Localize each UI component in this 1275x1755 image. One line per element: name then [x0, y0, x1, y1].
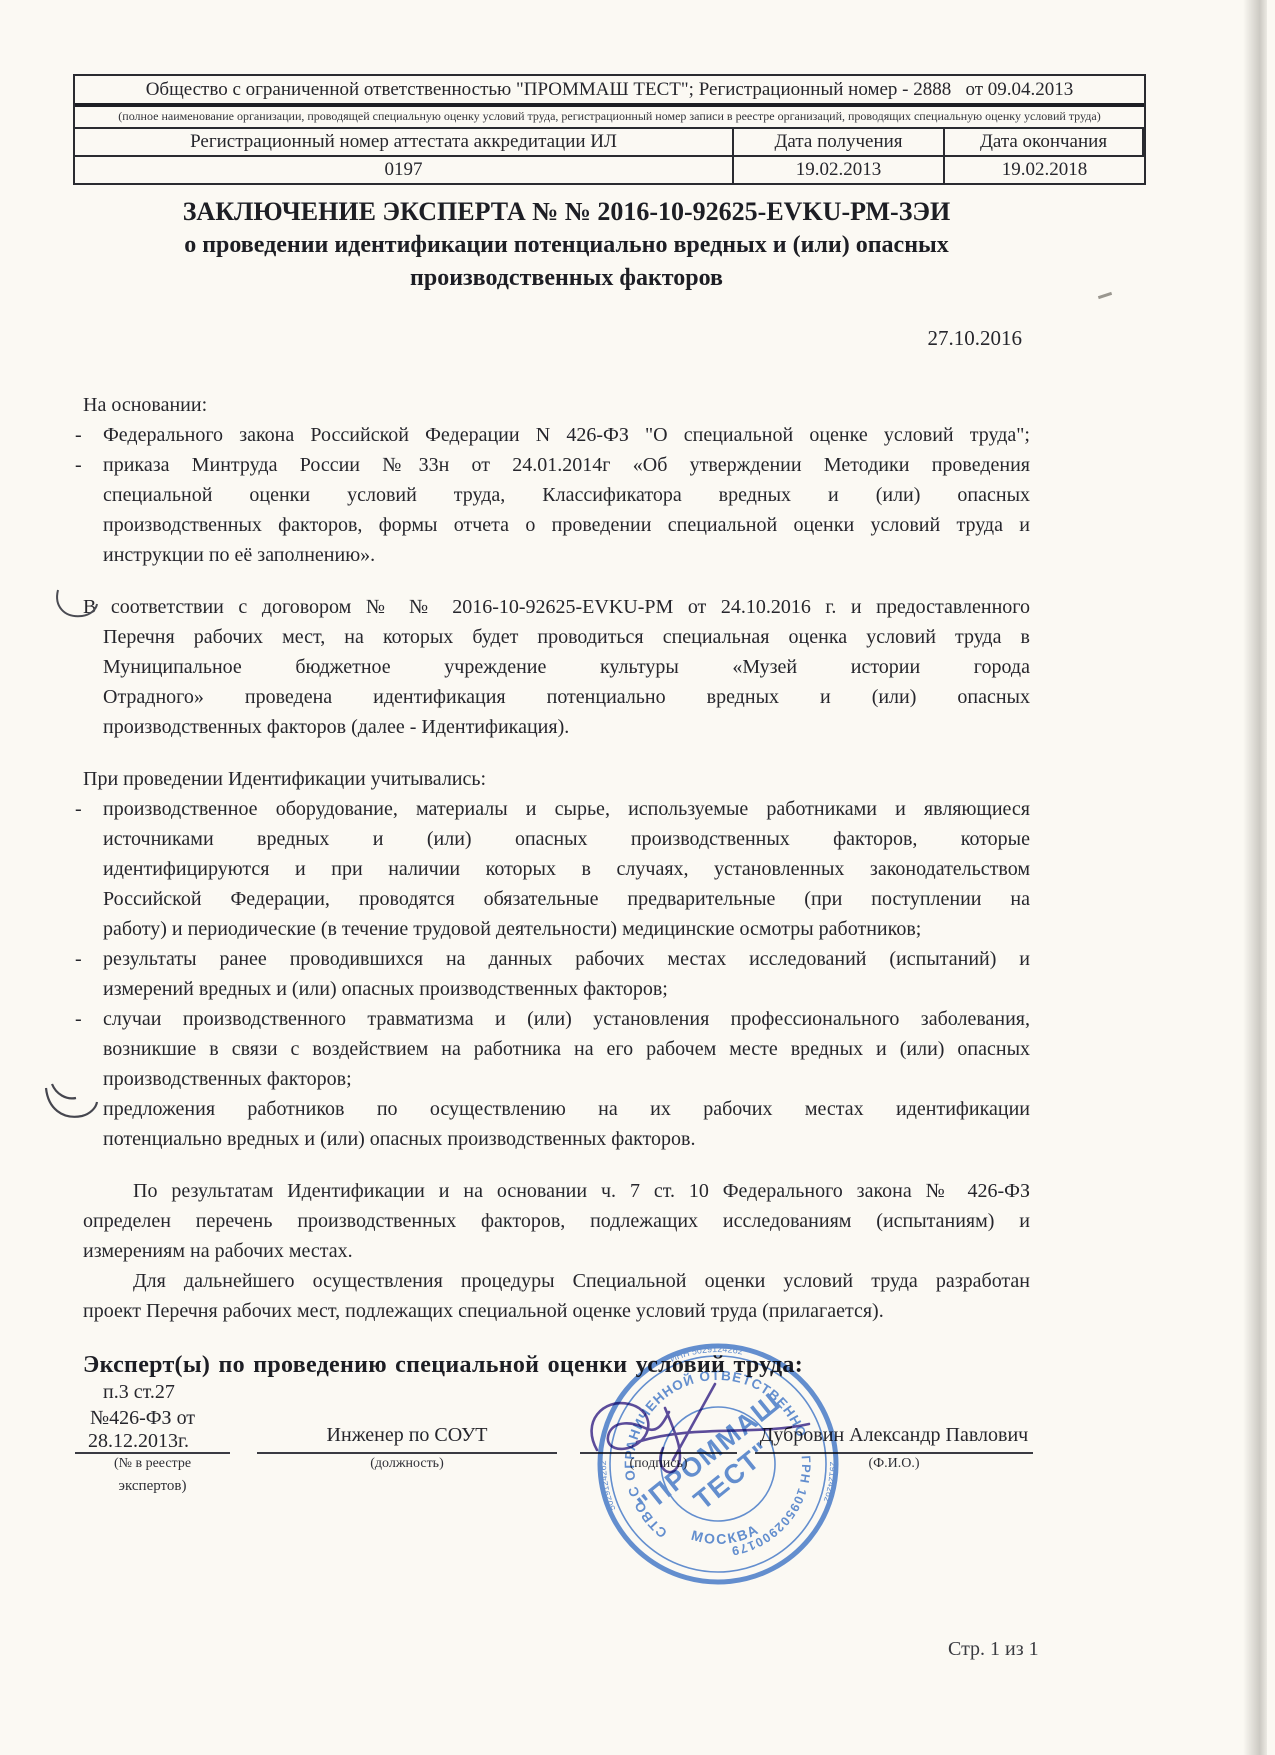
text-line: инструкции по её заполнению».	[103, 540, 1030, 570]
text-line: определен перечень производственных факт…	[83, 1206, 1030, 1236]
registry-underline	[75, 1452, 230, 1454]
text-line: производственных факторов, формы отчета …	[103, 510, 1030, 540]
list-dash-marker: -	[75, 794, 95, 824]
list-dash-marker: -	[75, 944, 95, 974]
text-line: Для дальнейшего осуществления процедуры …	[83, 1266, 1030, 1296]
date-received-value: 19.02.2013	[734, 157, 945, 183]
text-line: возникшие в связи с воздействием на рабо…	[103, 1034, 1030, 1064]
text-line: проект Перечня рабочих мест, подлежащих …	[83, 1296, 1030, 1326]
list-item: предложения работников по осуществлению …	[83, 1094, 1030, 1154]
document-title: ЗАКЛЮЧЕНИЕ ЭКСПЕРТА № № 2016-10-92625-EV…	[83, 195, 1050, 295]
position-underline	[257, 1452, 557, 1454]
scanned-document-page: Общество с ограниченной ответственностью…	[0, 0, 1275, 1755]
list-dash-marker: -	[75, 450, 95, 480]
organization-name: Общество с ограниченной ответственностью…	[75, 76, 1144, 107]
text-line: производственное оборудование, материалы…	[103, 794, 1030, 824]
paragraph: На основании:	[83, 390, 1030, 420]
text-line: работу) и периодические (в течение трудо…	[103, 914, 1030, 944]
text-line: результаты ранее проводившихся на данных…	[103, 944, 1030, 974]
list-item: -случаи производственного травматизма и …	[83, 1004, 1030, 1094]
document-body: На основании:-Федерального закона Россий…	[83, 390, 1030, 1326]
text-line: измерений вредных и (или) опасных произв…	[103, 974, 1030, 1004]
paragraph: Для дальнейшего осуществления процедуры …	[83, 1266, 1030, 1326]
paragraph: По результатам Идентификации и на основа…	[83, 1176, 1030, 1266]
text-line: На основании:	[83, 390, 1030, 420]
page-number: Стр. 1 из 1	[948, 1638, 1039, 1661]
list-item: -приказа Минтруда России №33н от 24.01.2…	[83, 450, 1030, 570]
paragraph: При проведении Идентификации учитывались…	[83, 764, 1030, 794]
list-item: -результаты ранее проводившихся на данны…	[83, 944, 1030, 1004]
scan-artifact-curve-2	[42, 1082, 100, 1128]
text-line: Федерального закона Российской Федерации…	[103, 420, 1030, 450]
text-line: В соответствии с договором № № 2016-10-9…	[83, 592, 1030, 622]
registry-note-line2: №426-ФЗ от	[90, 1407, 195, 1430]
header-table: Общество с ограниченной ответственностью…	[73, 74, 1146, 185]
column-header-accreditation: Регистрационный номер аттестата аккредит…	[75, 129, 734, 157]
title-subtitle-line2: производственных факторов	[83, 262, 1050, 295]
svg-text:29124262: 29124262	[818, 1460, 842, 1504]
text-line: Перечня рабочих мест, на которых будет п…	[103, 622, 1030, 652]
scan-edge-shadow	[1243, 0, 1267, 1755]
scan-speck	[1098, 292, 1112, 299]
list-dash-marker: -	[75, 420, 95, 450]
stamp-right-numbers: 29124262	[818, 1460, 842, 1504]
position-caption: (должность)	[257, 1456, 557, 1472]
text-line: Российской Федерации, проводятся обязате…	[103, 884, 1030, 914]
organization-caption: (полное наименование организации, провод…	[75, 107, 1144, 129]
text-line: предложения работников по осуществлению …	[103, 1094, 1030, 1124]
text-line: Муниципальное бюджетное учреждение культ…	[103, 652, 1030, 682]
column-header-date-received: Дата получения	[734, 129, 945, 157]
text-line: специальной оценки условий труда, Класси…	[103, 480, 1030, 510]
text-line: измерениям на рабочих местах.	[83, 1236, 1030, 1266]
title-subtitle-line1: о проведении идентификации потенциально …	[83, 229, 1050, 262]
expert-position: Инженер по СОУТ	[257, 1424, 557, 1447]
handwritten-signature	[545, 1378, 815, 1483]
registry-note-line3: 28.12.2013г.	[88, 1430, 189, 1453]
text-line: При проведении Идентификации учитывались…	[83, 764, 1030, 794]
list-item: -Федерального закона Российской Федераци…	[83, 420, 1030, 450]
text-line: Отрадного» проведена идентификация потен…	[103, 682, 1030, 712]
column-header-date-expiry: Дата окончания	[945, 129, 1144, 157]
text-line: производственных факторов (далее - Идент…	[103, 712, 1030, 742]
registry-caption: (№ в реестре	[75, 1456, 230, 1472]
date-expiry-value: 19.02.2018	[945, 157, 1144, 183]
list-item: -производственное оборудование, материал…	[83, 794, 1030, 944]
title-number-line: ЗАКЛЮЧЕНИЕ ЭКСПЕРТА № № 2016-10-92625-EV…	[83, 195, 1050, 229]
text-line: источниками вредных и (или) опасных прои…	[103, 824, 1030, 854]
text-line: случаи производственного травматизма и (…	[103, 1004, 1030, 1034]
accreditation-number: 0197	[75, 157, 734, 183]
text-line: потенциально вредных и (или) опасных про…	[103, 1124, 1030, 1154]
text-line: По результатам Идентификации и на основа…	[83, 1176, 1030, 1206]
list-dash-marker: -	[75, 1004, 95, 1034]
document-date: 27.10.2016	[83, 326, 1022, 351]
text-line: производственных факторов;	[103, 1064, 1030, 1094]
registry-caption2: экспертов)	[75, 1478, 230, 1495]
scan-artifact-curve-1	[52, 586, 100, 628]
text-line: идентифицируются и при наличии которых в…	[103, 854, 1030, 884]
text-line: приказа Минтруда России №33н от 24.01.20…	[103, 450, 1030, 480]
registry-note-line1: п.3 ст.27	[103, 1381, 175, 1404]
paragraph: В соответствии с договором № № 2016-10-9…	[83, 592, 1030, 742]
